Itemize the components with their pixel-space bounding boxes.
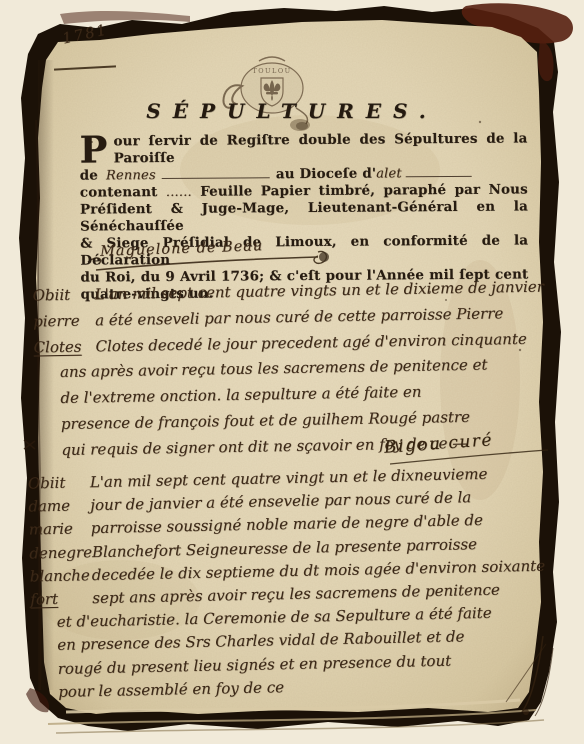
margin-note: Obiit	[32, 282, 94, 309]
diocese-name-handwritten: alet	[376, 166, 402, 181]
printed-text: de	[80, 167, 98, 183]
margin-note	[31, 650, 57, 651]
printed-line: Préſident & Juge-Mage, Lieutenant-Généra…	[80, 198, 528, 235]
year-annotation: 1781	[61, 20, 110, 47]
page-title: SÉPULTURES.	[72, 99, 512, 123]
drop-cap: P	[79, 134, 107, 164]
printed-text: contenant	[80, 184, 158, 201]
margin-note	[32, 697, 58, 698]
handwritten-dots: ......	[166, 185, 192, 200]
margin-note: marie	[29, 518, 91, 542]
margin-note: denegre	[29, 541, 92, 566]
printed-line: our ſervir de Regiſtre double des Sépult…	[79, 130, 527, 167]
year-underline	[54, 65, 116, 70]
burial-entry-marie-denegre-blanchefort: Obiit L'an mil sept cent quatre vingt un…	[28, 462, 555, 705]
blank-rule	[406, 173, 472, 177]
margin-note	[32, 674, 58, 675]
blank-rule	[162, 174, 270, 179]
margin-note: dame	[28, 494, 90, 518]
margin-note: Clotes	[33, 334, 95, 361]
margin-note	[31, 627, 57, 628]
margin-note: pierre	[33, 308, 95, 335]
margin-note: Obiit	[28, 471, 90, 495]
printed-text: au Dioceſe d'	[276, 165, 376, 182]
margin-note: blanche	[30, 564, 92, 588]
printed-text: Feuille Papier timbré, paraphé par Nous	[200, 181, 528, 199]
parish-name-handwritten: Rennes	[106, 168, 156, 183]
scanned-register-page: TOULOU	[0, 0, 584, 744]
margin-note: fort	[30, 587, 92, 611]
